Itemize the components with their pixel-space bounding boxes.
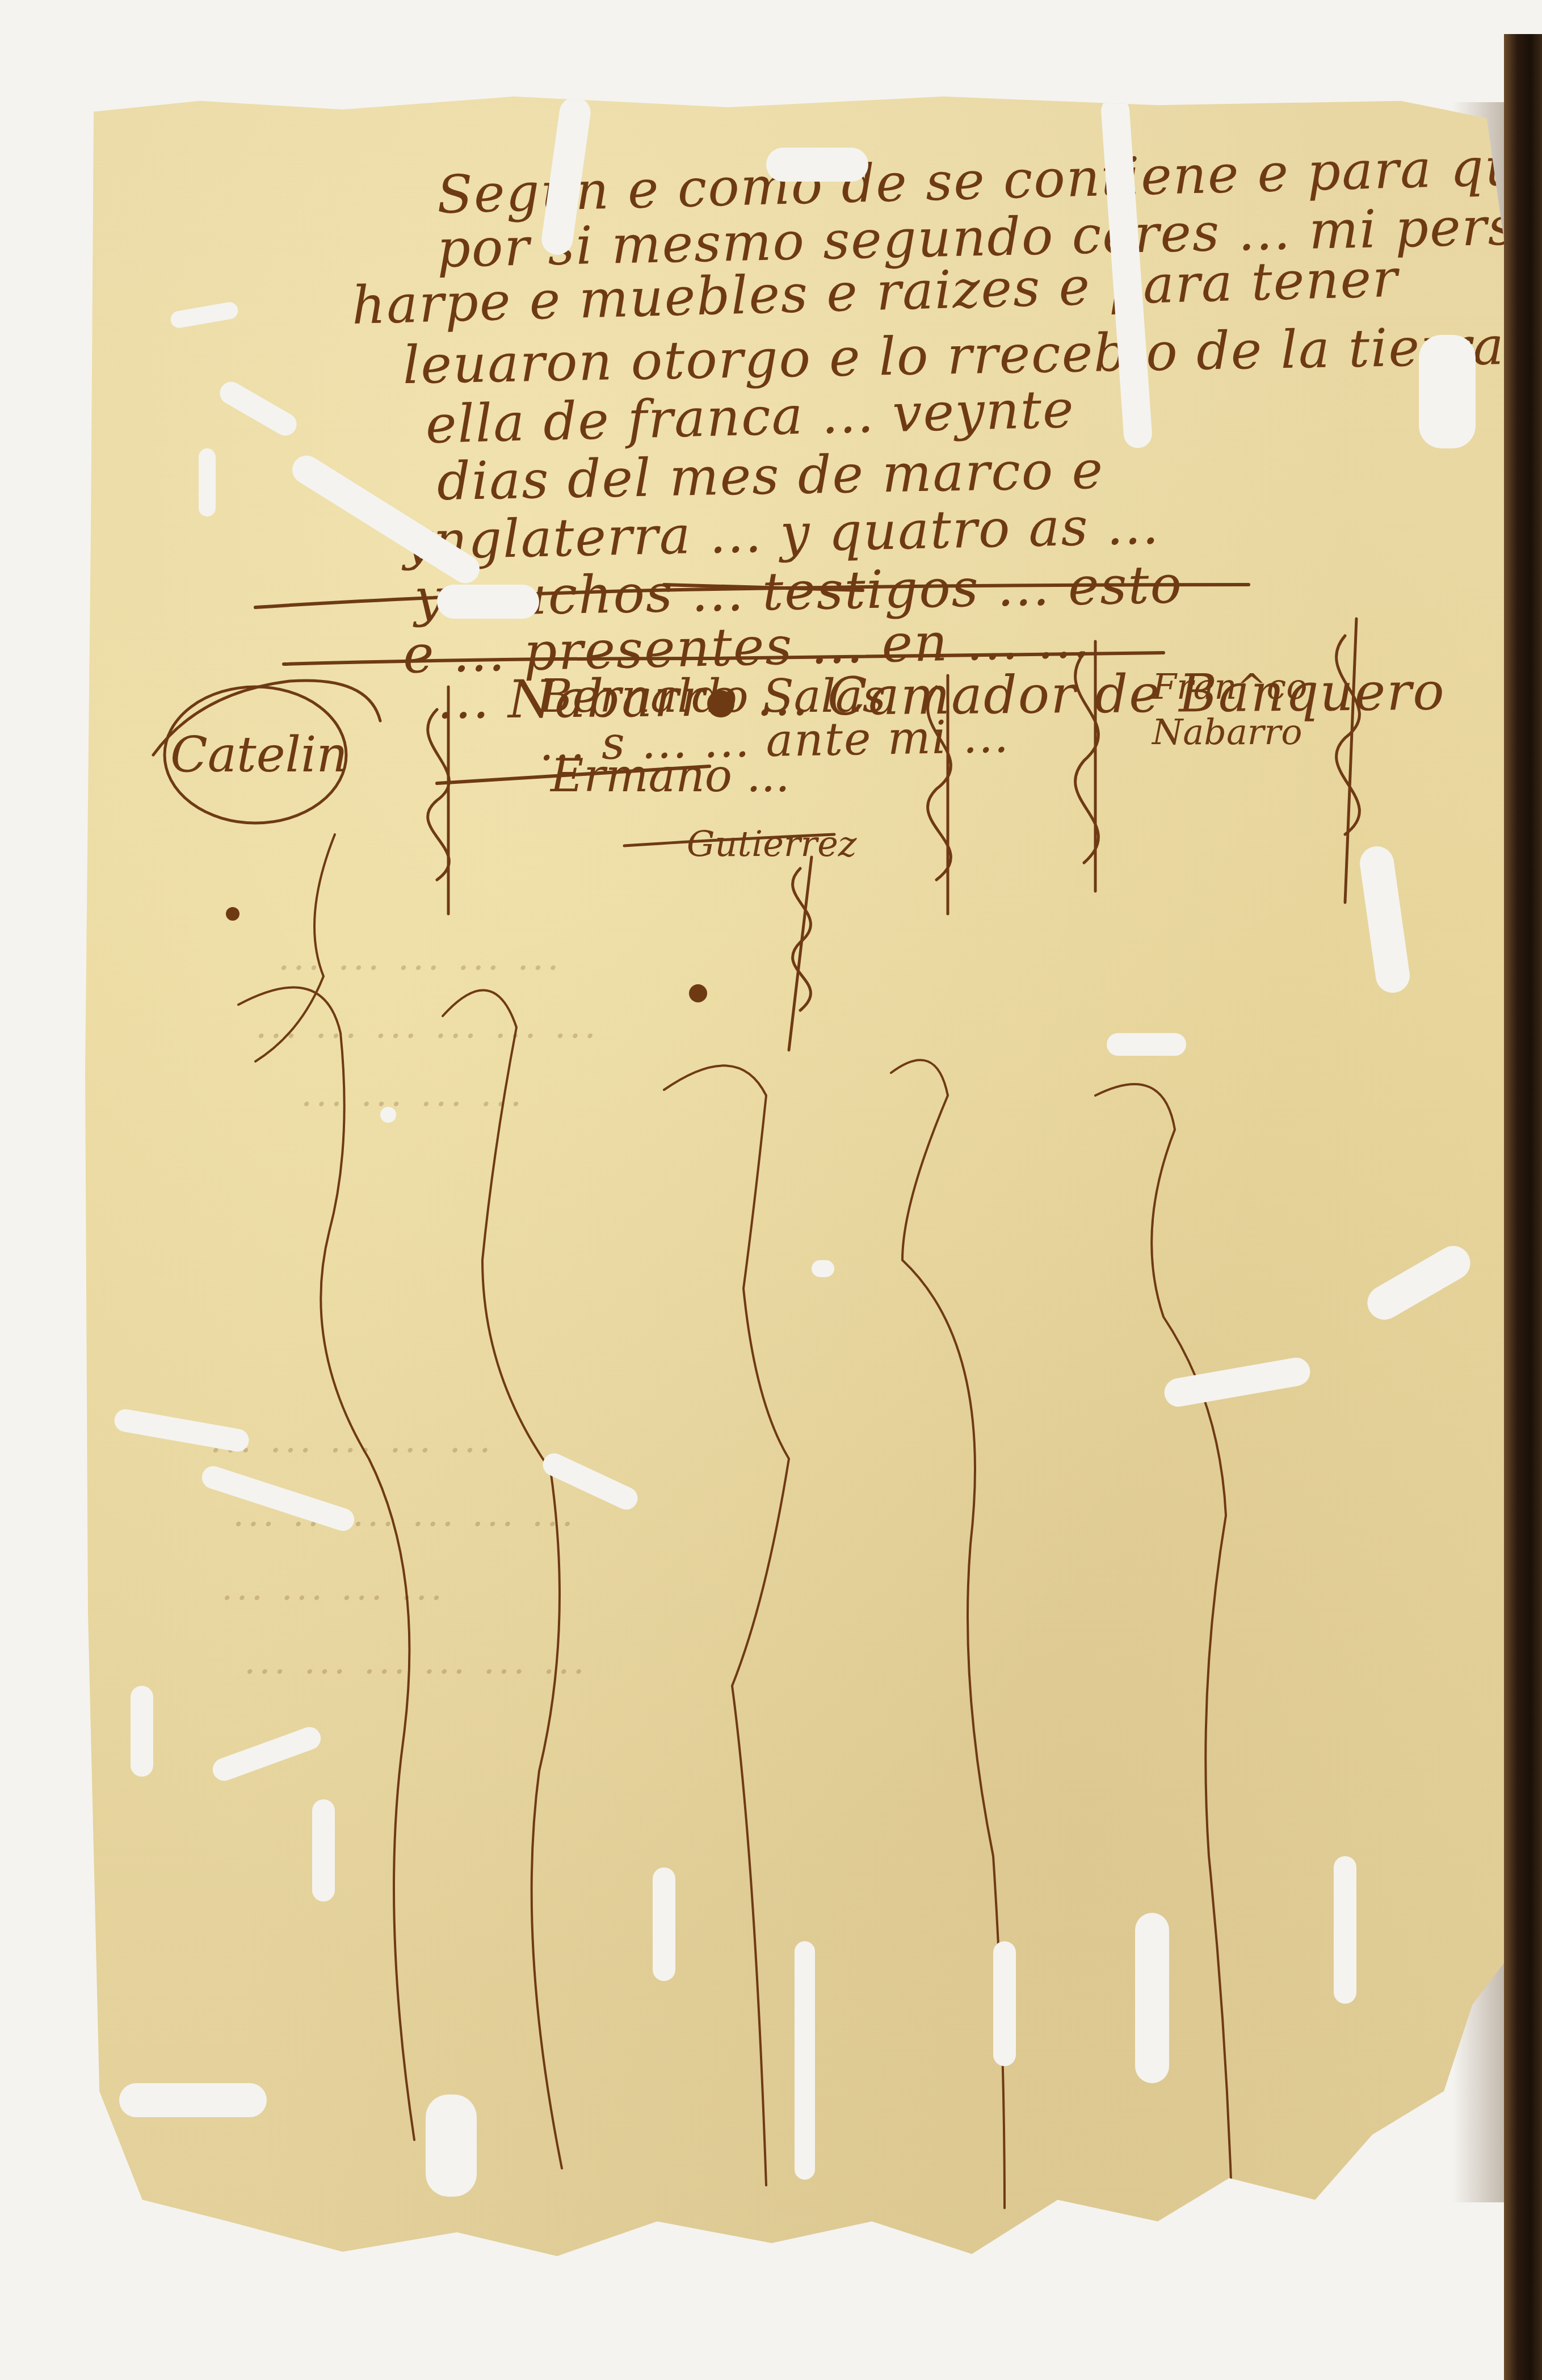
worm-hole	[1334, 1856, 1356, 2004]
rubric-knot	[789, 857, 812, 1050]
worm-hole	[131, 1686, 153, 1777]
cancellation-stroke	[443, 990, 562, 2168]
worm-hole	[766, 148, 868, 182]
worm-hole	[1135, 1913, 1169, 2083]
book-binding	[1504, 34, 1542, 2380]
cancellation-stroke	[255, 834, 335, 1061]
cancellation-stroke	[664, 1065, 789, 2185]
worm-hole	[199, 448, 216, 517]
worm-hole	[993, 1941, 1016, 2066]
worm-hole	[119, 2083, 267, 2117]
manuscript-page: ... ... ... ... ... ... ... ... ... ... …	[85, 96, 1515, 2265]
rubric-knot	[1075, 641, 1099, 891]
ink-strokes	[85, 96, 1515, 2265]
ink-blot	[707, 690, 734, 717]
cancellation-stroke	[238, 988, 414, 2140]
flourish-line	[624, 834, 834, 846]
signature-loop	[165, 687, 346, 823]
worm-hole	[653, 1867, 675, 1981]
worm-hole	[1419, 335, 1476, 448]
rubric-knot	[1337, 619, 1360, 903]
worm-hole	[795, 1941, 815, 2180]
cancellation-stroke	[891, 1060, 1005, 2209]
rubric-knot	[428, 687, 449, 914]
ink-blot	[689, 984, 707, 1002]
worm-hole	[426, 2094, 477, 2197]
flourish-line	[284, 653, 1163, 664]
flourish-line	[437, 766, 709, 783]
rubric-knot	[928, 675, 951, 914]
worm-hole	[312, 1799, 335, 1902]
worm-hole	[380, 1107, 396, 1123]
worm-hole	[1107, 1033, 1186, 1056]
worm-hole	[812, 1260, 834, 1277]
worm-hole	[437, 585, 539, 619]
ink-blot	[226, 907, 240, 921]
